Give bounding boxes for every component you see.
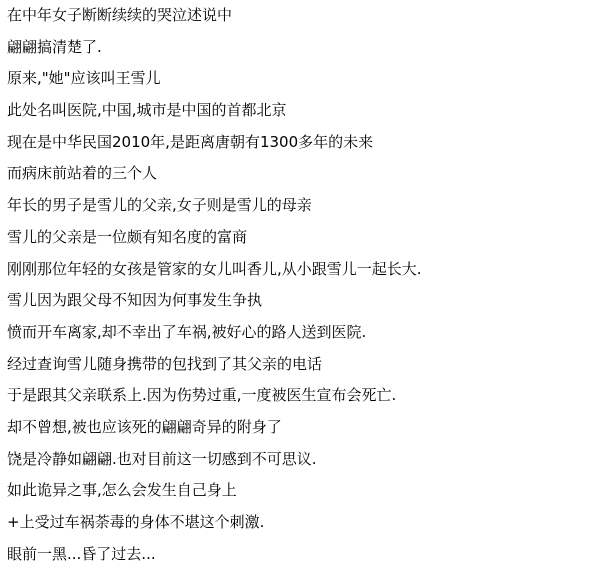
- text-line: 雪儿因为跟父母不知因为何事发生争执: [7, 285, 607, 317]
- text-line: 翩翩搞清楚了.: [7, 32, 607, 64]
- text-line: 现在是中华民国2010年,是距离唐朝有1300多年的未来: [7, 127, 607, 159]
- novel-text-page: 在中年女子断断续续的哭泣述说中 翩翩搞清楚了. 原来,"她"应该叫王雪儿 此处名…: [0, 0, 607, 571]
- text-line: 经过查询雪儿随身携带的包找到了其父亲的电话: [7, 349, 607, 381]
- text-line: 年长的男子是雪儿的父亲,女子则是雪儿的母亲: [7, 190, 607, 222]
- text-line: 此处名叫医院,中国,城市是中国的首都北京: [7, 95, 607, 127]
- text-line: 饶是冷静如翩翩.也对目前这一切感到不可思议.: [7, 444, 607, 476]
- text-line: +上受过车祸荼毒的身体不堪这个刺激.: [7, 507, 607, 539]
- text-line: 眼前一黑...昏了过去...: [7, 539, 607, 571]
- text-line: 雪儿的父亲是一位颇有知名度的富商: [7, 222, 607, 254]
- text-line: 如此诡异之事,怎么会发生自己身上: [7, 475, 607, 507]
- text-line: 刚刚那位年轻的女孩是管家的女儿叫香儿,从小跟雪儿一起长大.: [7, 254, 607, 286]
- text-line: 却不曾想,被也应该死的翩翩奇异的附身了: [7, 412, 607, 444]
- text-line: 原来,"她"应该叫王雪儿: [7, 63, 607, 95]
- text-line: 愤而开车离家,却不幸出了车祸,被好心的路人送到医院.: [7, 317, 607, 349]
- text-line: 而病床前站着的三个人: [7, 158, 607, 190]
- text-line: 在中年女子断断续续的哭泣述说中: [7, 0, 607, 32]
- text-line: 于是跟其父亲联系上.因为伤势过重,一度被医生宣布会死亡.: [7, 380, 607, 412]
